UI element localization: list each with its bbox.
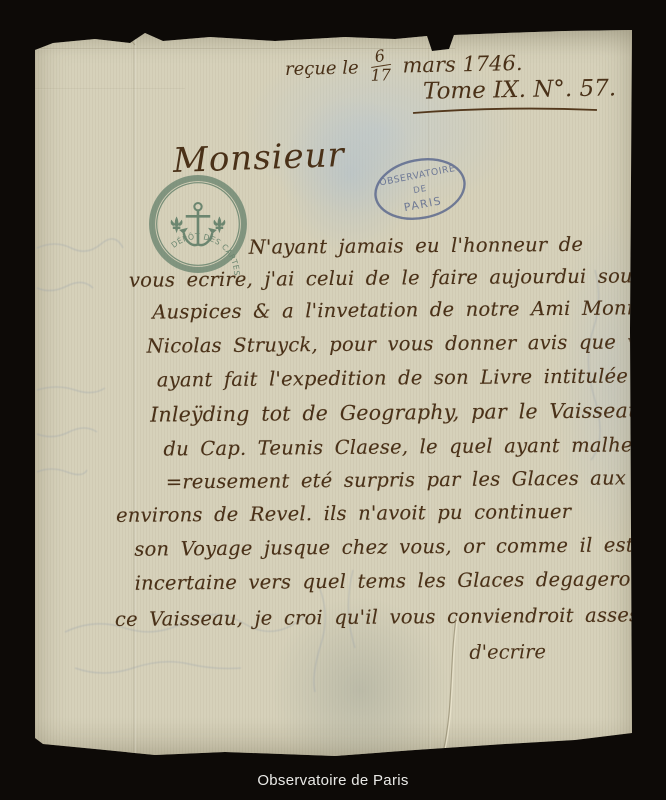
letter-paper: reçue le 6 17 mars 1746. Tome IX. N°. 57… xyxy=(35,30,632,757)
paper-speck xyxy=(119,31,125,35)
photo-caption: Observatoire de Paris xyxy=(0,772,666,789)
archival-photo: reçue le 6 17 mars 1746. Tome IX. N°. 57… xyxy=(0,0,666,800)
paper-tear xyxy=(35,30,632,757)
